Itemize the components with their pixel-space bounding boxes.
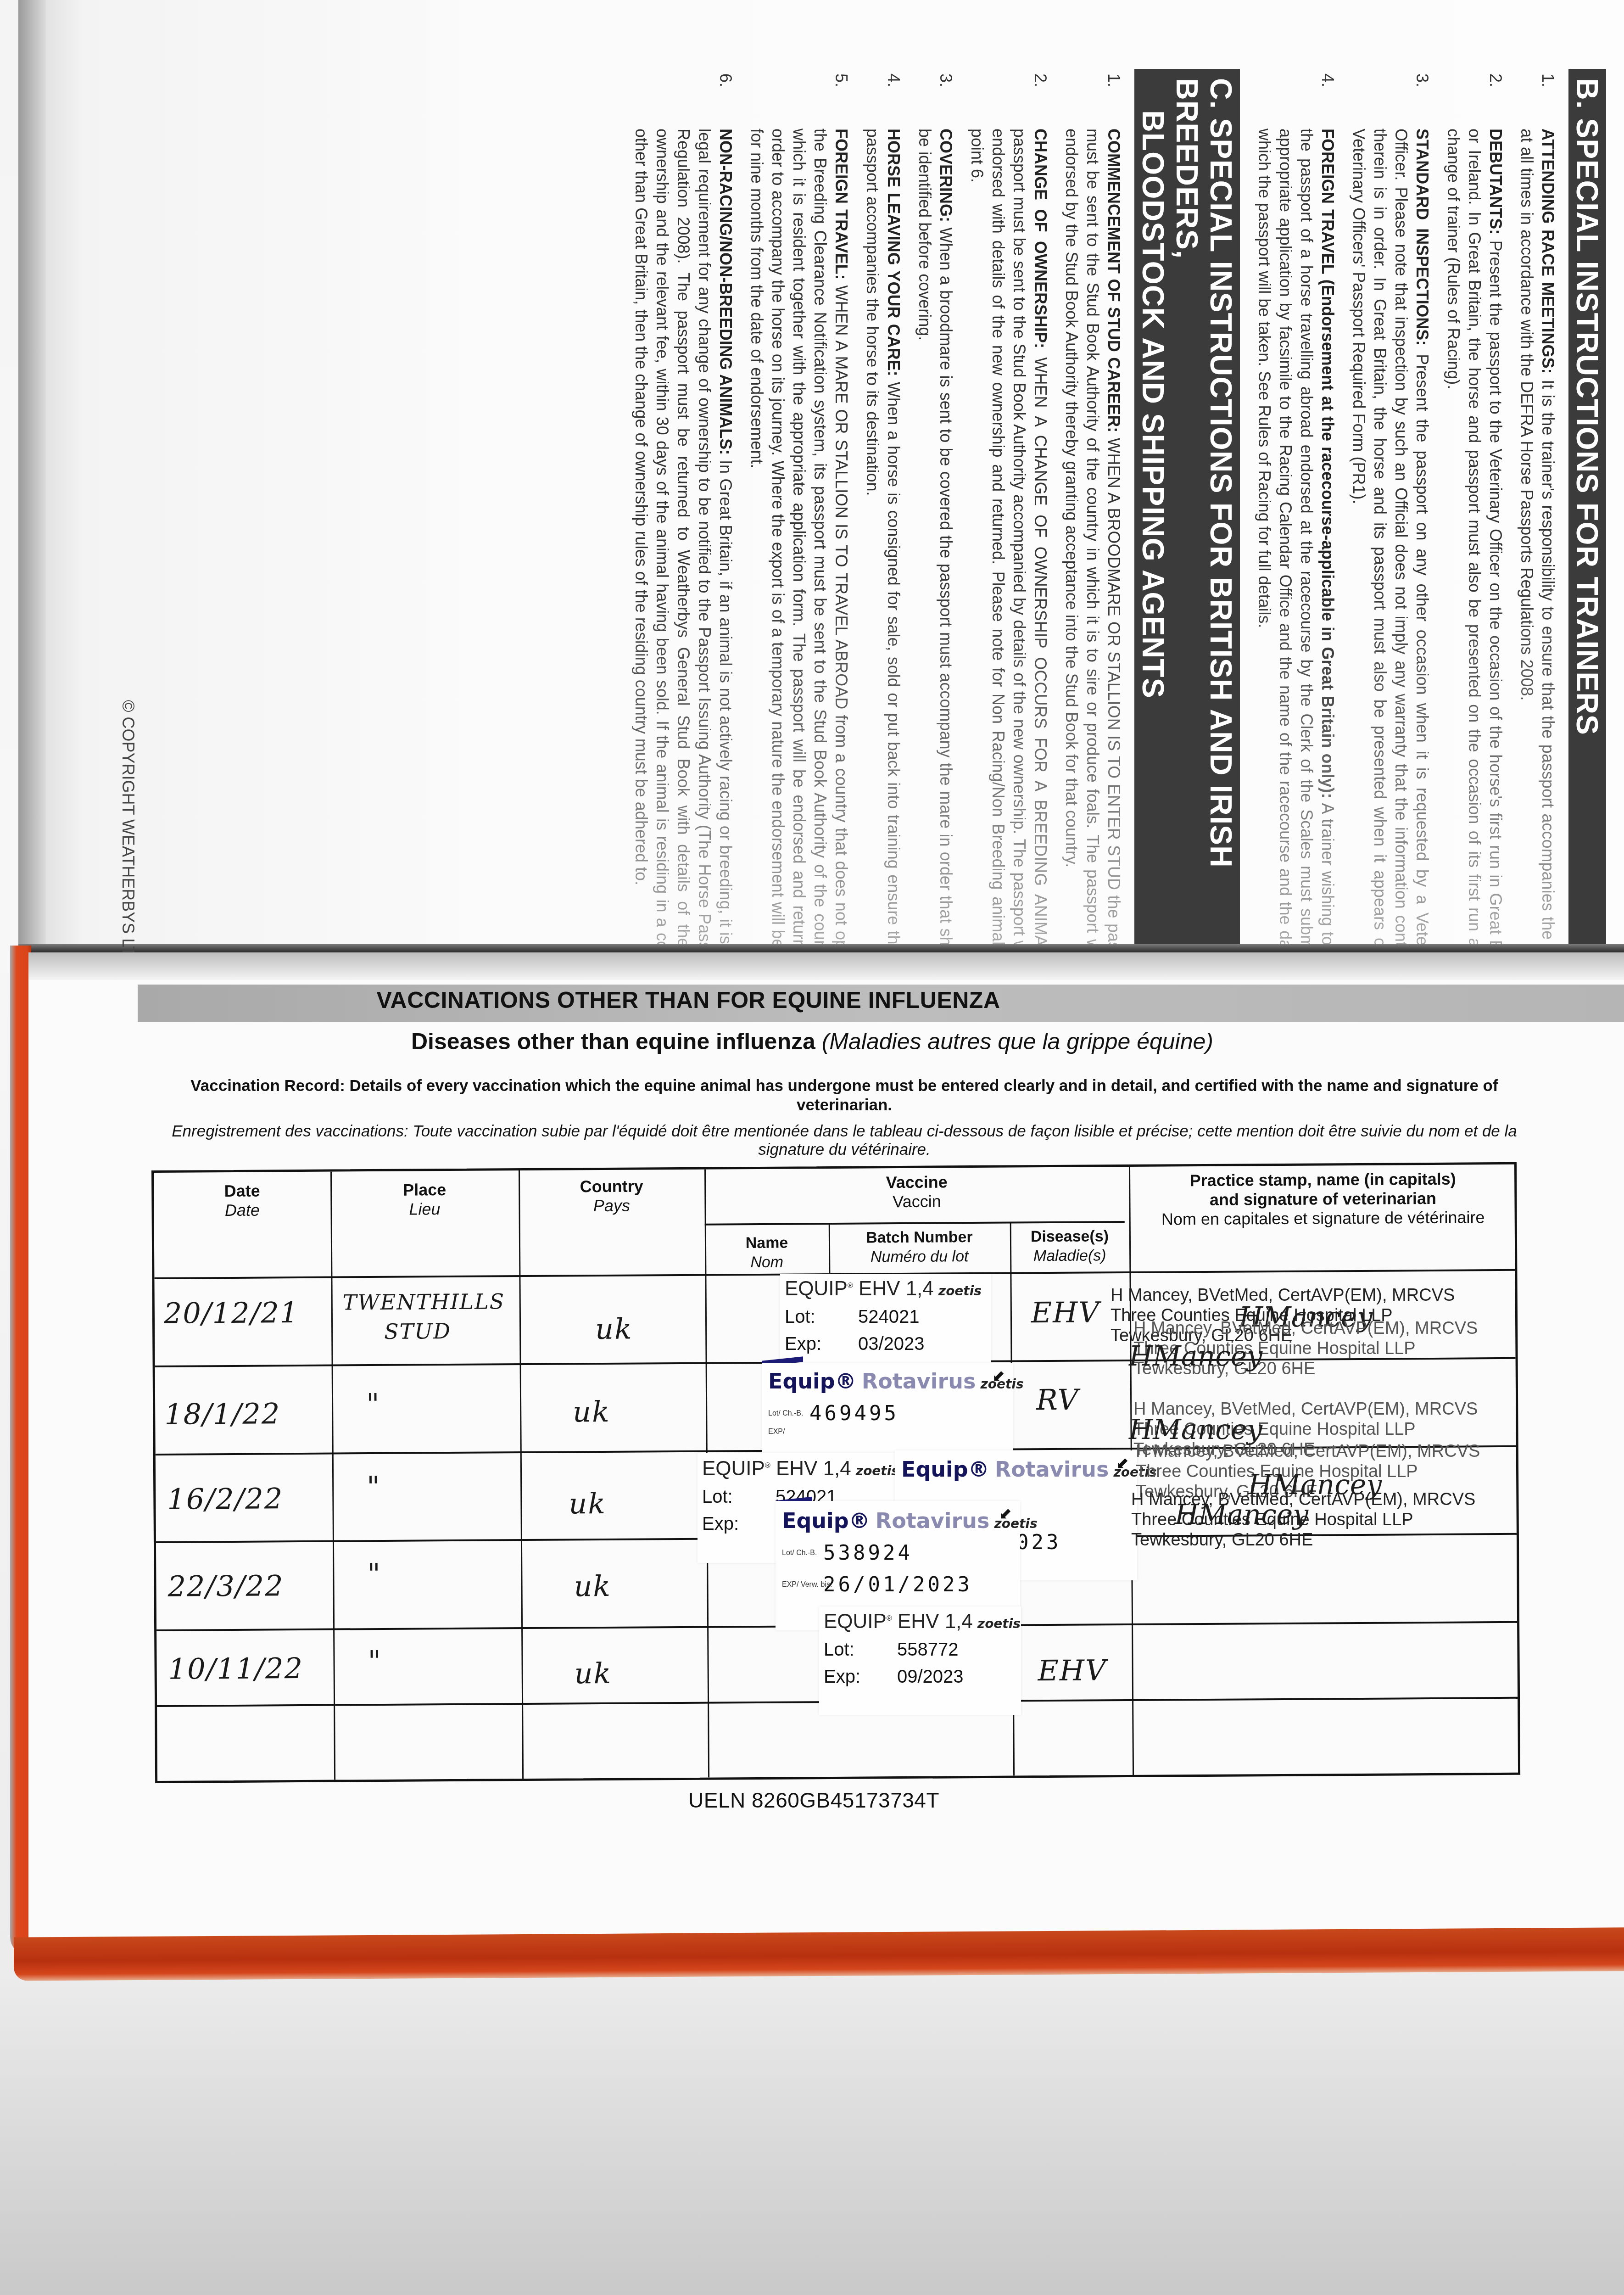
- sticker-brand: EQUIP® EHV 1,4zoetis: [702, 1457, 904, 1480]
- item-body: Present the passport to the Veterinary O…: [1444, 129, 1505, 952]
- copyright-notice: © COPYRIGHT WEATHERBYS LTD: [115, 700, 142, 975]
- vet-name: H Mancey, BVetMed, CertAVP(EM), MRCVS: [1133, 1318, 1478, 1338]
- item-title: STANDARD INSPECTIONS:: [1413, 129, 1432, 346]
- section-b-item: 3. STANDARD INSPECTIONS: Present the pas…: [1348, 69, 1433, 952]
- page-bottom-edge: [18, 944, 1624, 952]
- sticker-lot: Lot/ Ch.-B.538924: [782, 1541, 1014, 1565]
- header-batch-number: Batch Number Numéro du lot: [829, 1227, 1010, 1267]
- item-text: FOREIGN TRAVEL (Endorsement at the racec…: [1254, 129, 1338, 952]
- vet-signature: HMancey: [1175, 1499, 1308, 1531]
- sticker-brand: EQUIP® EHV 1,4zoetis: [824, 1610, 1016, 1633]
- row5-disease: EHV: [1038, 1653, 1107, 1687]
- vet-name: H Mancey, BVetMed, CertAVP(EM), MRCVS: [1136, 1441, 1480, 1461]
- item-text: ATTENDING RACE MEETINGS: It is the train…: [1516, 129, 1558, 952]
- header-batch-en: Batch Number: [829, 1227, 1010, 1248]
- column-divider: [519, 1170, 524, 1779]
- rotated-instructions-text: B. SPECIAL INSTRUCTIONS FOR TRAINERS 1. …: [184, 69, 1606, 952]
- page-spine-shadow: [18, 0, 46, 952]
- section-c-item: 5. FOREIGN TRAVEL: WHEN A MARE OR STALLI…: [746, 69, 852, 952]
- item-title: COMMENCEMENT OF STUD CAREER:: [1105, 129, 1123, 432]
- section-c-item: 3. COVERING: When a broodmare is sent to…: [914, 69, 956, 952]
- orange-cover-bottom-edge: [14, 1927, 1624, 1981]
- sticker-exp: Exp:09/2023: [824, 1667, 1016, 1687]
- header-vaccine-fr: Vaccin: [704, 1191, 1129, 1213]
- item-text: HORSE LEAVING YOUR CARE: When a horse is…: [862, 129, 904, 952]
- item-number: 2.: [1443, 69, 1506, 129]
- row4-place-ditto: ": [367, 1557, 381, 1590]
- item-text: STANDARD INSPECTIONS: Present the passpo…: [1348, 129, 1433, 952]
- item-title: CHANGE OF OWNERSHIP:: [1031, 129, 1050, 348]
- copyright-text: © COPYRIGHT WEATHERBYS LTD: [118, 700, 138, 968]
- row5-country: uk: [574, 1657, 612, 1690]
- zoetis-logo: zoetis: [938, 1283, 982, 1299]
- item-text: CHANGE OF OWNERSHIP: WHEN A CHANGE OF OW…: [966, 129, 1051, 952]
- row2-place-ditto: ": [366, 1387, 380, 1421]
- zoetis-logo: zoetis: [856, 1463, 899, 1478]
- row4-date: 22/3/22: [167, 1569, 284, 1603]
- subtitle-english: Diseases other than equine influenza: [411, 1029, 815, 1054]
- header-date-fr: Date: [154, 1200, 330, 1220]
- row1-disease: EHV: [1031, 1295, 1100, 1329]
- sticker-exp: EXP/: [768, 1428, 1007, 1436]
- header-name: Name Nom: [705, 1233, 829, 1272]
- section-c-item: 1. COMMENCEMENT OF STUD CAREER: WHEN A B…: [1061, 69, 1124, 952]
- item-title: ATTENDING RACE MEETINGS:: [1539, 129, 1557, 374]
- arrow-icon: ⬋: [1116, 1454, 1129, 1472]
- header-vet-fr: Nom en capitales et signature de vétérin…: [1129, 1208, 1517, 1229]
- item-number: 2.: [966, 69, 1051, 129]
- header-vet-en-line2: and signature of veterinarian: [1129, 1188, 1517, 1210]
- sticker-brand: Equip®Rotaviruszoetis: [901, 1457, 1131, 1482]
- item-number: 1.: [1061, 69, 1124, 129]
- row4-country: uk: [574, 1569, 611, 1603]
- row3-place-ditto: ": [367, 1470, 381, 1503]
- section-b-item: 1. ATTENDING RACE MEETINGS: It is the tr…: [1516, 69, 1558, 952]
- vet-address: Tewkesbury, GL20 6HE: [1131, 1530, 1475, 1550]
- zoetis-logo: zoetis: [977, 1616, 1021, 1631]
- header-place: Place Lieu: [330, 1180, 519, 1220]
- header-vet-en-line1: Practice stamp, name (in capitals): [1129, 1169, 1517, 1191]
- subtitle-french: (Maladies autres que la grippe équine): [822, 1029, 1213, 1054]
- header-vaccine-en: Vaccine: [704, 1171, 1129, 1193]
- header-vaccine: Vaccine Vaccin: [704, 1171, 1129, 1213]
- row5-place-ditto: ": [368, 1644, 382, 1678]
- sticker-exp: EXP/ Verw. bis:26/01/2023: [782, 1573, 1014, 1596]
- header-name-en: Name: [705, 1233, 829, 1253]
- sticker-lot: Lot:524021: [785, 1307, 987, 1327]
- item-number: 4.: [862, 69, 904, 129]
- sticker-lot: Lot:558772: [824, 1640, 1016, 1660]
- row1-date: 20/12/21: [164, 1296, 299, 1330]
- item-text: FOREIGN TRAVEL: WHEN A MARE OR STALLION …: [746, 129, 852, 952]
- item-number: 1.: [1516, 69, 1558, 129]
- row3-country: uk: [569, 1487, 606, 1520]
- instructions-french: Enregistrement des vaccinations: Toute v…: [165, 1122, 1524, 1159]
- item-number: 4.: [1254, 69, 1338, 129]
- vaccine-subheader-divider: [705, 1221, 1125, 1226]
- row1-place-line1: TWENTHILLS: [343, 1289, 505, 1315]
- header-place-fr: Lieu: [330, 1199, 519, 1220]
- page-subtitle: Diseases other than equine influenza (Ma…: [138, 1028, 1487, 1055]
- upper-page-instructions: B. SPECIAL INSTRUCTIONS FOR TRAINERS 1. …: [18, 0, 1624, 952]
- row5-date: 10/11/22: [168, 1651, 303, 1686]
- header-date: Date Date: [154, 1181, 331, 1220]
- header-country-en: Country: [519, 1176, 704, 1197]
- item-text: DEBUTANTS: Present the passport to the V…: [1443, 129, 1506, 952]
- header-disease-en: Disease(s): [1010, 1226, 1129, 1247]
- section-c-item: 2. CHANGE OF OWNERSHIP: WHEN A CHANGE OF…: [966, 69, 1051, 952]
- header-batch-fr: Numéro du lot: [829, 1247, 1010, 1267]
- section-c-heading-line2: BLOODSTOCK AND SHIPPING AGENTS: [1136, 78, 1170, 952]
- item-title: FOREIGN TRAVEL:: [832, 129, 851, 280]
- row1-place-line2: STUD: [384, 1319, 451, 1344]
- item-number: 5.: [746, 69, 852, 129]
- vaccine-sticker-ehv: EQUIP® EHV 1,4zoetis Lot:558772 Exp:09/2…: [819, 1606, 1021, 1715]
- sticker-brand: Equip®Rotaviruszoetis: [768, 1369, 1007, 1394]
- row2-date: 18/1/22: [164, 1397, 280, 1431]
- section-b-heading: B. SPECIAL INSTRUCTIONS FOR TRAINERS: [1568, 69, 1606, 952]
- item-number: 3.: [914, 69, 956, 129]
- item-text: COMMENCEMENT OF STUD CAREER: WHEN A BROO…: [1061, 129, 1124, 952]
- item-number: 3.: [1348, 69, 1433, 129]
- section-b-item: 4. FOREIGN TRAVEL (Endorsement at the ra…: [1254, 69, 1338, 952]
- item-title: FOREIGN TRAVEL (Endorsement at the racec…: [1318, 129, 1337, 798]
- row2-country: uk: [573, 1395, 610, 1428]
- row1-country: uk: [595, 1312, 633, 1346]
- sticker-lot: Lot/ Ch.-B.469495: [768, 1402, 1007, 1425]
- section-b-item: 2. DEBUTANTS: Present the passport to th…: [1443, 69, 1506, 952]
- section-c-heading: C. SPECIAL INSTRUCTIONS FOR BRITISH AND …: [1134, 69, 1240, 952]
- section-c-heading-line1: C. SPECIAL INSTRUCTIONS FOR BRITISH AND …: [1170, 78, 1238, 952]
- header-country: Country Pays: [519, 1176, 705, 1216]
- section-c-item: 4. HORSE LEAVING YOUR CARE: When a horse…: [862, 69, 904, 952]
- vet-signature: HMancey: [1129, 1340, 1262, 1372]
- arrow-icon: ⬋: [999, 1505, 1012, 1523]
- item-title: HORSE LEAVING YOUR CARE:: [884, 129, 903, 376]
- page-fold-shadow: [28, 952, 1624, 980]
- item-text: COVERING: When a broodmare is sent to be…: [914, 129, 956, 952]
- header-disease-fr: Maladie(s): [1010, 1246, 1129, 1266]
- header-date-en: Date: [154, 1181, 330, 1201]
- arrow-icon: ⬋: [992, 1367, 1005, 1385]
- item-body: When a broodmare is sent to be covered t…: [915, 129, 955, 952]
- instructions-english: Vaccination Record: Details of every vac…: [165, 1076, 1524, 1115]
- column-divider: [330, 1172, 335, 1780]
- vaccine-sticker-ehv: EQUIP® EHV 1,4zoetis Lot:524021 Exp:03/2…: [780, 1274, 991, 1377]
- sticker-brand: Equip®Rotaviruszoetis: [782, 1508, 1014, 1533]
- item-title: DEBUTANTS:: [1486, 129, 1505, 235]
- row2-disease: RV: [1036, 1383, 1079, 1417]
- item-title: COVERING:: [937, 129, 955, 222]
- item-number: 6.: [631, 69, 736, 129]
- ueln-number: UELN 8260GB45173734T: [688, 1788, 939, 1813]
- page-title: VACCINATIONS OTHER THAN FOR EQUINE INFLU…: [138, 987, 1239, 1013]
- header-vet-stamp: Practice stamp, name (in capitals) and s…: [1129, 1169, 1517, 1229]
- header-diseases: Disease(s) Maladie(s): [1010, 1226, 1130, 1266]
- header-country-fr: Pays: [519, 1196, 704, 1216]
- header-name-fr: Nom: [705, 1252, 829, 1272]
- row3-date: 16/2/22: [167, 1482, 283, 1516]
- sticker-exp: Exp:03/2023: [785, 1334, 987, 1355]
- section-c-item: 6. NON-RACING/NON-BREEDING ANIMALS: In G…: [631, 69, 736, 952]
- header-place-en: Place: [330, 1180, 519, 1200]
- item-text: NON-RACING/NON-BREEDING ANIMALS: In Grea…: [631, 129, 736, 952]
- sticker-brand: EQUIP® EHV 1,4zoetis: [785, 1277, 987, 1300]
- item-title: NON-RACING/NON-BREEDING ANIMALS:: [716, 129, 735, 455]
